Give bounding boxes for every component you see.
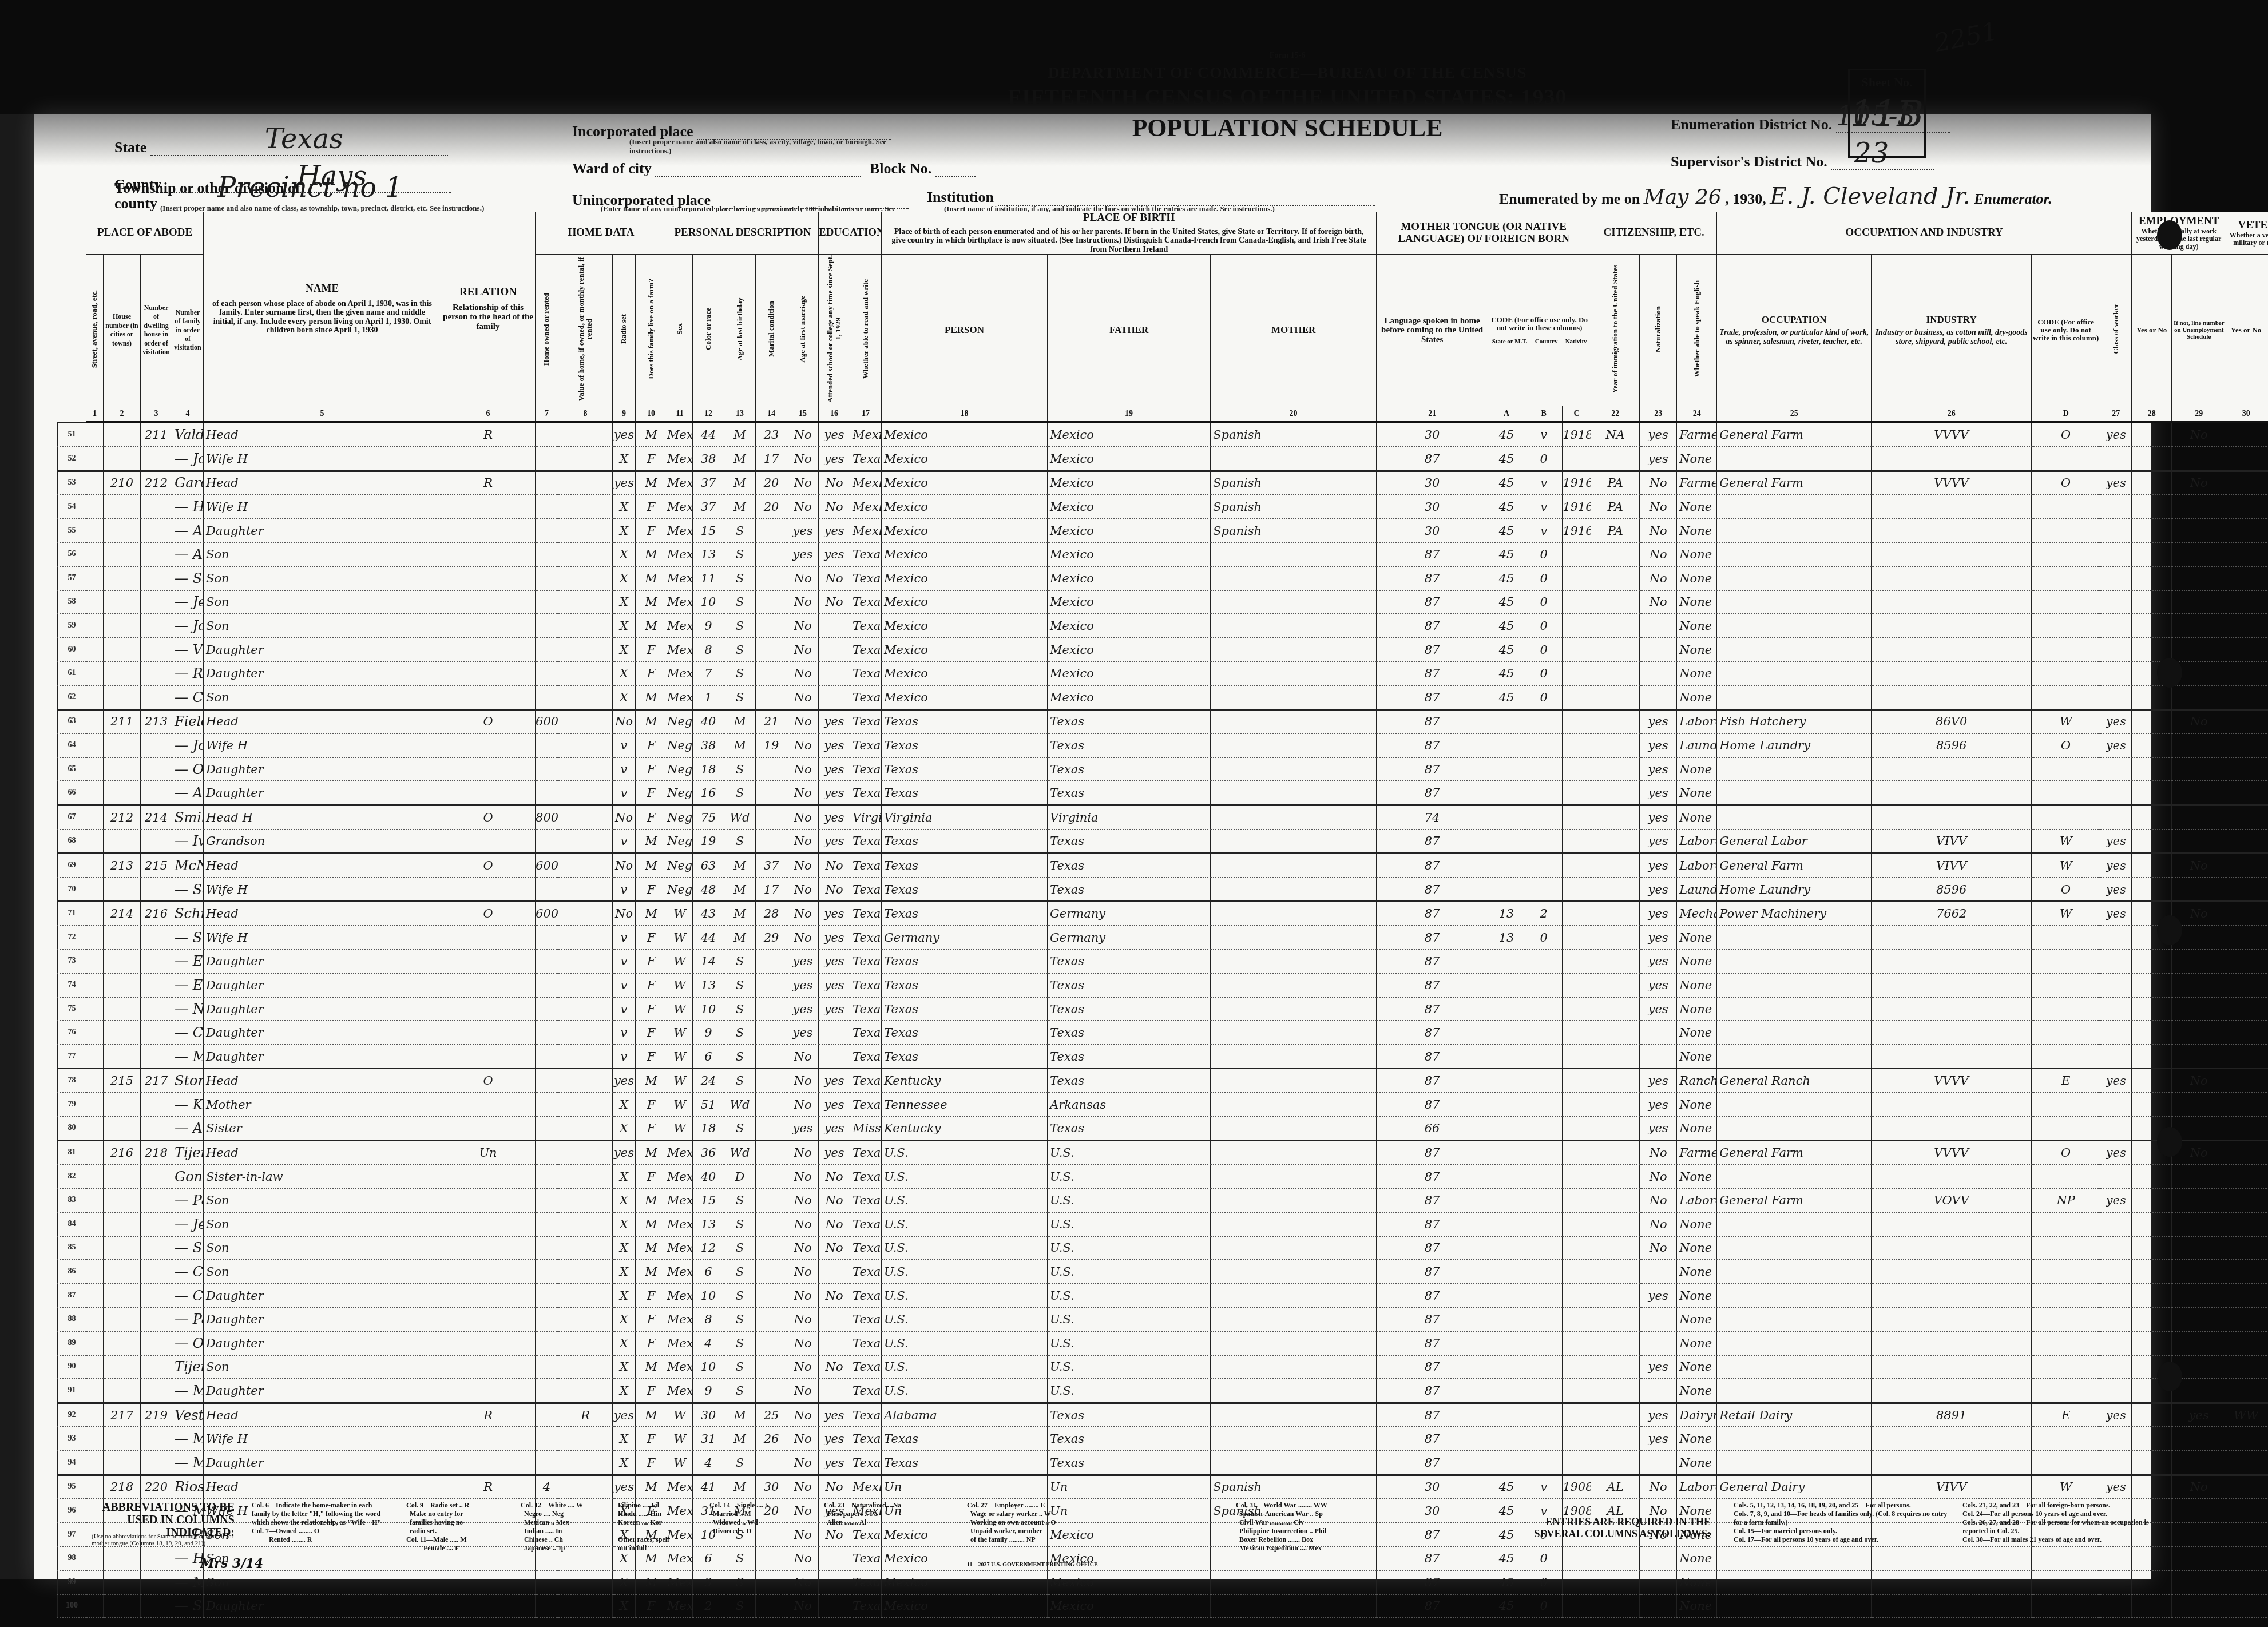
father-birthplace: Kentucky xyxy=(882,1069,1048,1093)
township-value: Precinct no 1 xyxy=(217,172,403,204)
marital-status: M xyxy=(724,422,756,447)
age: 6 xyxy=(693,1045,724,1069)
marital-status: M xyxy=(724,1427,756,1451)
relation: Daughter xyxy=(204,1594,441,1618)
class-of-worker xyxy=(2032,1594,2100,1618)
industry xyxy=(1717,1045,1872,1069)
sex: F xyxy=(636,1594,667,1618)
line-number: 87 xyxy=(58,1284,86,1308)
marital-status: M xyxy=(724,1475,756,1499)
reviewer-initials: Mrs 3/14 xyxy=(200,1556,263,1571)
speaks-english: yes xyxy=(1640,902,1677,926)
home-value xyxy=(536,1045,558,1069)
occupation: None xyxy=(1677,1331,1717,1355)
class-of-worker xyxy=(2032,1236,2100,1260)
class-of-worker xyxy=(2032,1284,2100,1308)
home-value: 4 xyxy=(536,1475,558,1499)
occupation: Laborer xyxy=(1677,709,1717,733)
age: 37 xyxy=(693,471,724,495)
dwelling-number xyxy=(104,1093,141,1117)
marital-status: S xyxy=(724,781,756,805)
house-number xyxy=(86,1117,104,1141)
occupation: None xyxy=(1677,1451,1717,1475)
mother-tongue: Spanish xyxy=(1211,422,1377,447)
code-c: v xyxy=(1525,1475,1563,1499)
occupation-code xyxy=(1872,950,2032,974)
farm: X xyxy=(613,590,636,614)
veteran xyxy=(2172,1236,2226,1260)
speaks-english: No xyxy=(1640,1141,1677,1165)
industry: General Dairy xyxy=(1717,1475,1872,1499)
occupation-code: VVVV xyxy=(1872,471,2032,495)
mother-tongue xyxy=(1211,1260,1377,1284)
dwelling-number xyxy=(104,830,141,854)
speaks-english: yes xyxy=(1640,1069,1677,1093)
mother-birthplace: Mexico xyxy=(1048,422,1211,447)
code-a: 87 xyxy=(1377,1141,1488,1165)
mother-birthplace: U.S. xyxy=(1048,1260,1211,1284)
father-birthplace: Texas xyxy=(882,950,1048,974)
col-read-write: Whether able to read and write xyxy=(850,255,882,406)
col-owned: Home owned or rented xyxy=(536,255,558,406)
naturalization xyxy=(1591,566,1640,590)
person-name: — Santiago xyxy=(172,566,204,590)
speaks-english: yes xyxy=(1640,781,1677,805)
sex: F xyxy=(636,1379,667,1403)
school: No xyxy=(787,878,819,902)
home-tenure xyxy=(441,661,536,685)
marital-status: S xyxy=(724,1260,756,1284)
occupation-code: VVVV xyxy=(1872,1141,2032,1165)
family-number xyxy=(141,542,172,566)
marital-status: S xyxy=(724,830,756,854)
census-row: 70— Sarah MWife HvFNeg48M17NoNoTexasTexa… xyxy=(58,878,2268,902)
family-number xyxy=(141,1117,172,1141)
occupation: None xyxy=(1677,614,1717,638)
immigration-year xyxy=(1563,830,1591,854)
group-birth: PLACE OF BIRTHPlace of birth of each per… xyxy=(882,212,1377,255)
occupation-code: 8891 xyxy=(1872,1403,2032,1427)
at-work xyxy=(2100,1165,2132,1189)
class-of-worker xyxy=(2032,1117,2100,1141)
mother-tongue xyxy=(1211,1331,1377,1355)
line-number: 57 xyxy=(58,566,86,590)
house-number xyxy=(86,1331,104,1355)
code-c xyxy=(1525,1403,1563,1427)
code-b: 45 xyxy=(1488,590,1525,614)
house-number xyxy=(86,854,104,878)
age-at-marriage xyxy=(756,519,787,543)
census-row: 83— PanchoSonXMMex15SNoNoTexasU.S.U.S.87… xyxy=(58,1188,2268,1212)
radio xyxy=(558,1021,613,1045)
mother-tongue xyxy=(1211,1021,1377,1045)
class-of-worker: E xyxy=(2032,1069,2100,1093)
unemployment-line xyxy=(2132,495,2172,519)
father-birthplace: Un xyxy=(882,1475,1048,1499)
age: 18 xyxy=(693,757,724,781)
marital-status: Wd xyxy=(724,805,756,829)
naturalization xyxy=(1591,1355,1640,1379)
person-name: — Herminga xyxy=(172,495,204,519)
father-birthplace: Mexico xyxy=(882,614,1048,638)
at-work xyxy=(2100,805,2132,829)
war xyxy=(2226,1117,2266,1141)
at-work xyxy=(2100,638,2132,662)
school: No xyxy=(787,902,819,926)
home-value xyxy=(536,1427,558,1451)
father-birthplace: Texas xyxy=(882,878,1048,902)
code-b: 45 xyxy=(1488,422,1525,447)
industry xyxy=(1717,1212,1872,1236)
birthplace: Texas xyxy=(850,1451,882,1475)
race: W xyxy=(667,973,693,997)
house-number xyxy=(86,471,104,495)
person-name: — Ovilla xyxy=(172,1331,204,1355)
family-number: 216 xyxy=(141,902,172,926)
birthplace: Texas xyxy=(850,950,882,974)
class-of-worker xyxy=(2032,447,2100,471)
person-name: Tijerina, Ladena J xyxy=(172,1141,204,1165)
family-number xyxy=(141,1165,172,1189)
code-a: 30 xyxy=(1377,1475,1488,1499)
line-number: 74 xyxy=(58,973,86,997)
radio xyxy=(558,1236,613,1260)
family-number xyxy=(141,1236,172,1260)
marital-status: S xyxy=(724,950,756,974)
farm: X xyxy=(613,1355,636,1379)
birthplace: Texas xyxy=(850,902,882,926)
speaks-english xyxy=(1640,1260,1677,1284)
naturalization xyxy=(1591,1403,1640,1427)
marital-status: Wd xyxy=(724,1093,756,1117)
family-number xyxy=(141,1451,172,1475)
farm: v xyxy=(613,878,636,902)
relation: Wife H xyxy=(204,926,441,950)
home-tenure xyxy=(441,1021,536,1045)
family-number xyxy=(141,950,172,974)
farm: yes xyxy=(613,422,636,447)
relation: Daughter xyxy=(204,950,441,974)
family-number xyxy=(141,757,172,781)
unemployment-line xyxy=(2132,854,2172,878)
naturalization xyxy=(1591,1331,1640,1355)
col-language: Language spoken in home before coming to… xyxy=(1377,255,1488,406)
farm: X xyxy=(613,661,636,685)
literacy xyxy=(819,685,850,709)
house-number xyxy=(86,1021,104,1045)
home-value xyxy=(536,495,558,519)
family-number xyxy=(141,685,172,709)
home-tenure: R xyxy=(441,422,536,447)
war xyxy=(2226,1355,2266,1379)
family-number xyxy=(141,495,172,519)
unemployment-line xyxy=(2132,1021,2172,1045)
col-birth-person: PERSON xyxy=(882,255,1048,406)
occupation-code xyxy=(1872,495,2032,519)
person-name: Smiley, Patsy xyxy=(172,805,204,829)
class-of-worker xyxy=(2032,1165,2100,1189)
person-name: — Allie M xyxy=(172,781,204,805)
naturalization: AL xyxy=(1591,1475,1640,1499)
farm: v xyxy=(613,830,636,854)
farm: yes xyxy=(613,1403,636,1427)
birthplace: Virginia xyxy=(850,805,882,829)
at-work xyxy=(2100,1355,2132,1379)
occupation: None xyxy=(1677,950,1717,974)
census-row: 90Tijerina, JoseSonXMMex10SNoNoTexasU.S.… xyxy=(58,1355,2268,1379)
mother-tongue xyxy=(1211,854,1377,878)
marital-status: M xyxy=(724,926,756,950)
mother-birthplace: Mexico xyxy=(1048,590,1211,614)
class-of-worker: NP xyxy=(2032,1188,2100,1212)
farm: X xyxy=(613,1594,636,1618)
birthplace: Texas xyxy=(850,757,882,781)
code-c xyxy=(1525,973,1563,997)
birthplace: Texas xyxy=(850,830,882,854)
farm: X xyxy=(613,1165,636,1189)
sex: F xyxy=(636,638,667,662)
unemployment-line xyxy=(2132,1260,2172,1284)
birthplace: Texas xyxy=(850,1165,882,1189)
occupation-code: 86V0 xyxy=(1872,709,2032,733)
occupation-code xyxy=(1872,638,2032,662)
relation: Daughter xyxy=(204,1045,441,1069)
home-tenure xyxy=(441,1355,536,1379)
home-tenure xyxy=(441,1451,536,1475)
industry: General Ranch xyxy=(1717,1069,1872,1093)
sex: F xyxy=(636,1451,667,1475)
home-tenure xyxy=(441,1093,536,1117)
at-work: yes xyxy=(2100,733,2132,757)
age-at-marriage: 23 xyxy=(756,422,787,447)
person-name: — Carolina xyxy=(172,1284,204,1308)
home-value xyxy=(536,950,558,974)
literacy: yes xyxy=(819,830,850,854)
home-tenure: O xyxy=(441,709,536,733)
code-b xyxy=(1488,1188,1525,1212)
punch-hole xyxy=(2157,915,2182,945)
sex: M xyxy=(636,1236,667,1260)
sex: M xyxy=(636,614,667,638)
school: No xyxy=(787,1355,819,1379)
war xyxy=(2226,830,2266,854)
code-c: 0 xyxy=(1525,614,1563,638)
column-number: 21 xyxy=(1377,406,1488,423)
family-number xyxy=(141,1212,172,1236)
mother-birthplace: U.S. xyxy=(1048,1212,1211,1236)
census-row: 63211213Fields, AllieHeadO600NoMNeg40M21… xyxy=(58,709,2268,733)
industry xyxy=(1717,1594,1872,1618)
age: 44 xyxy=(693,422,724,447)
mother-tongue xyxy=(1211,1403,1377,1427)
farm: X xyxy=(613,542,636,566)
mother-tongue: Spanish xyxy=(1211,519,1377,543)
sex: F xyxy=(636,781,667,805)
mother-tongue: Spanish xyxy=(1211,471,1377,495)
code-c: v xyxy=(1525,422,1563,447)
war xyxy=(2226,1594,2266,1618)
code-a: 87 xyxy=(1377,661,1488,685)
marital-status: M xyxy=(724,1403,756,1427)
person-name: — Josephine xyxy=(172,733,204,757)
code-c: 0 xyxy=(1525,590,1563,614)
class-of-worker xyxy=(2032,997,2100,1021)
father-birthplace: Texas xyxy=(882,709,1048,733)
at-work xyxy=(2100,973,2132,997)
house-number xyxy=(86,709,104,733)
occupation-code: VIVV xyxy=(1872,854,2032,878)
occupation-code xyxy=(1872,566,2032,590)
home-tenure xyxy=(441,685,536,709)
person-name: — Sula xyxy=(172,1594,204,1618)
home-tenure xyxy=(441,1260,536,1284)
code-a: 87 xyxy=(1377,902,1488,926)
industry xyxy=(1717,1570,1872,1594)
age: 10 xyxy=(693,997,724,1021)
relation: Wife H xyxy=(204,733,441,757)
code-c xyxy=(1525,733,1563,757)
punch-hole xyxy=(2157,658,2182,688)
class-of-worker xyxy=(2032,1093,2100,1117)
col-age: Age at last birthday xyxy=(724,255,756,406)
veteran xyxy=(2172,950,2226,974)
dwelling-number xyxy=(104,1331,141,1355)
dwelling-number xyxy=(104,757,141,781)
birthplace: Texas xyxy=(850,781,882,805)
race: W xyxy=(667,1045,693,1069)
home-tenure xyxy=(441,926,536,950)
census-rows: 51211Valdez, AgapitoHeadRyesMMex44M23Noy… xyxy=(58,422,2268,1618)
code-b xyxy=(1488,1307,1525,1331)
person-name: Fields, Allie xyxy=(172,709,204,733)
farm: X xyxy=(613,1284,636,1308)
sex: F xyxy=(636,1165,667,1189)
war xyxy=(2226,590,2266,614)
dwelling-number: 217 xyxy=(104,1403,141,1427)
literacy: yes xyxy=(819,447,850,471)
industry xyxy=(1717,1331,1872,1355)
veteran xyxy=(2172,590,2226,614)
occupation: None xyxy=(1677,1355,1717,1379)
occupation: None xyxy=(1677,1117,1717,1141)
occupation: None xyxy=(1677,566,1717,590)
mother-tongue xyxy=(1211,1212,1377,1236)
age-at-marriage xyxy=(756,1141,787,1165)
line-number: 64 xyxy=(58,733,86,757)
census-row: 74— EleanoreDaughtervFW13SyesyesTexasTex… xyxy=(58,973,2268,997)
literacy: yes xyxy=(819,1403,850,1427)
dwelling-number xyxy=(104,447,141,471)
code-a: 87 xyxy=(1377,926,1488,950)
col-marital: Marital condition xyxy=(756,255,787,406)
occupation: None xyxy=(1677,805,1717,829)
unemployment-line xyxy=(2132,997,2172,1021)
family-number xyxy=(141,661,172,685)
marital-status: M xyxy=(724,878,756,902)
home-value xyxy=(536,1117,558,1141)
speaks-english xyxy=(1640,1307,1677,1331)
census-row: 91— MariaDaughterXFMex9SNoTexasU.S.U.S.8… xyxy=(58,1379,2268,1403)
at-work: yes xyxy=(2100,830,2132,854)
mother-birthplace: Germany xyxy=(1048,926,1211,950)
occupation: None xyxy=(1677,926,1717,950)
code-b xyxy=(1488,1093,1525,1117)
column-number: 9 xyxy=(613,406,636,423)
veteran xyxy=(2172,542,2226,566)
col-sex: Sex xyxy=(667,255,693,406)
literacy: No xyxy=(819,1236,850,1260)
naturalization xyxy=(1591,1236,1640,1260)
school: No xyxy=(787,1307,819,1331)
war xyxy=(2226,1379,2266,1403)
family-number: 213 xyxy=(141,709,172,733)
age: 9 xyxy=(693,1379,724,1403)
occupation-code xyxy=(1872,1570,2032,1594)
mother-tongue xyxy=(1211,1045,1377,1069)
father-birthplace: Mexico xyxy=(882,447,1048,471)
relation: Son xyxy=(204,1236,441,1260)
relation: Wife H xyxy=(204,1427,441,1451)
immigration-year: 1916 xyxy=(1563,471,1591,495)
birthplace: Texas xyxy=(850,1236,882,1260)
sex: M xyxy=(636,1570,667,1594)
code-b xyxy=(1488,781,1525,805)
at-work: yes xyxy=(2100,902,2132,926)
dwelling-number: 214 xyxy=(104,902,141,926)
code-a: 87 xyxy=(1377,1570,1488,1594)
person-name: — Cruz xyxy=(172,685,204,709)
person-name: — Marya xyxy=(172,1045,204,1069)
mother-birthplace: Texas xyxy=(1048,709,1211,733)
code-a: 87 xyxy=(1377,1379,1488,1403)
at-work xyxy=(2100,1570,2132,1594)
industry xyxy=(1717,519,1872,543)
war xyxy=(2226,781,2266,805)
at-work xyxy=(2100,1427,2132,1451)
code-a: 87 xyxy=(1377,781,1488,805)
veteran xyxy=(2172,1331,2226,1355)
speaks-english: yes xyxy=(1640,709,1677,733)
relation: Son xyxy=(204,685,441,709)
mother-tongue xyxy=(1211,1188,1377,1212)
literacy xyxy=(819,1260,850,1284)
punch-hole xyxy=(2157,1127,2182,1157)
class-of-worker: W xyxy=(2032,830,2100,854)
school: No xyxy=(787,1141,819,1165)
father-birthplace: Texas xyxy=(882,854,1048,878)
column-number: 4 xyxy=(172,406,204,423)
literacy: yes xyxy=(819,805,850,829)
industry xyxy=(1717,685,1872,709)
column-number: 2 xyxy=(104,406,141,423)
farm: X xyxy=(613,1117,636,1141)
occupation-code xyxy=(1872,614,2032,638)
column-number: 26 xyxy=(1872,406,2032,423)
father-birthplace: Alabama xyxy=(882,1403,1048,1427)
home-tenure: Un xyxy=(441,1141,536,1165)
abbr-col6: Col. 6—Indicate the home-maker in each f… xyxy=(252,1501,383,1544)
war xyxy=(2226,542,2266,566)
literacy: yes xyxy=(819,519,850,543)
relation: Daughter xyxy=(204,973,441,997)
war xyxy=(2226,878,2266,902)
age-at-marriage xyxy=(756,1570,787,1594)
family-number xyxy=(141,781,172,805)
age-at-marriage xyxy=(756,997,787,1021)
father-birthplace: Texas xyxy=(882,1451,1048,1475)
school: yes xyxy=(787,997,819,1021)
industry xyxy=(1717,1093,1872,1117)
